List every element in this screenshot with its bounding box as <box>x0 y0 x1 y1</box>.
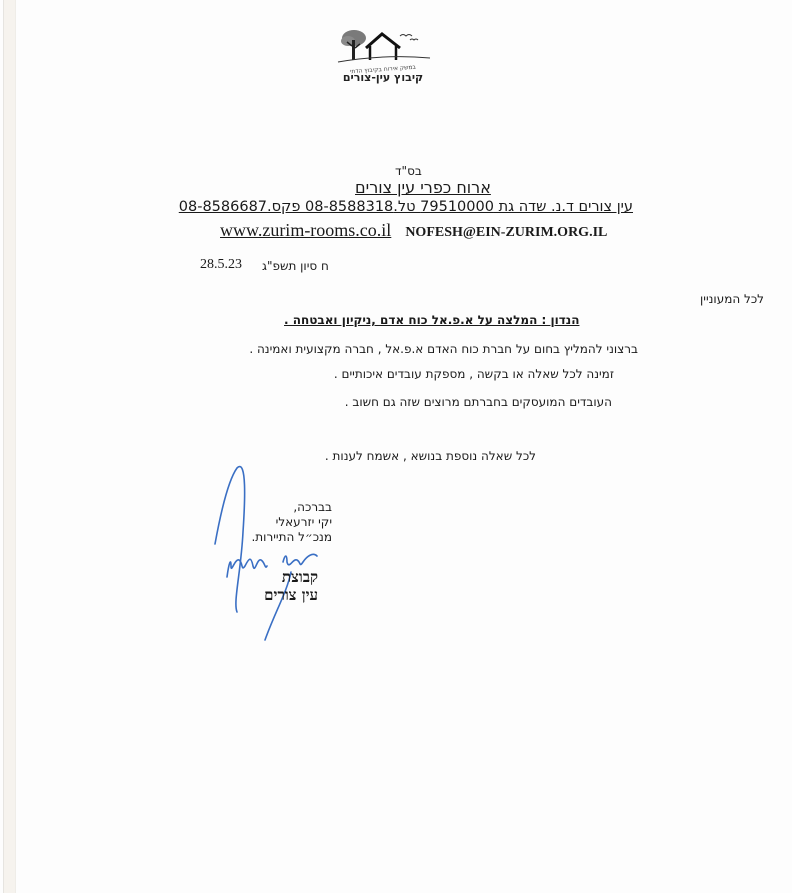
organization-stamp: קבוצת עין צורים <box>238 568 318 604</box>
bsd-mark: בס"ד <box>395 164 422 178</box>
scan-edge <box>3 0 16 893</box>
email-link[interactable]: NOFESH@EIN-ZURIM.ORG.IL <box>405 225 607 240</box>
logo: במשק אירוח בקיבוץ הדתי קיבוץ עין-צורים <box>334 26 434 84</box>
contact-line: www.zurim-rooms.co.il NOFESH@EIN-ZURIM.O… <box>220 220 607 241</box>
body-line: זמינה לכל שאלה או בקשה , מספקת עובדים אי… <box>276 367 614 381</box>
stamp-line-1: קבוצת <box>238 568 318 586</box>
body-line: ברצוני להמליץ בחום על חברת כוח האדם א.פ.… <box>222 342 638 356</box>
handwritten-signature-icon <box>205 462 335 647</box>
business-title: ארוח כפרי עין צורים <box>355 178 491 197</box>
website-link[interactable]: www.zurim-rooms.co.il <box>220 220 391 240</box>
date-hebrew: ח סיון תשפ"ג <box>262 259 329 273</box>
address-line: עין צורים ד.נ. שדה גת 79510000 טל.08-858… <box>210 199 633 215</box>
body-line: העובדים המועסקים בחברתם מרוצים שזה גם חש… <box>284 395 612 409</box>
salutation: לכל המעוניין <box>700 292 764 306</box>
date-gregorian: 28.5.23 <box>200 257 242 273</box>
subject-line: הנדון : המלצה על א.פ.אל כוח אדם ,ניקיון … <box>284 313 579 327</box>
tree-house-logo-icon <box>334 26 434 68</box>
stamp-line-2: עין צורים <box>238 586 318 604</box>
logo-name: קיבוץ עין-צורים <box>334 71 432 84</box>
body-line: לכל שאלה נוספת בנושא , אשמח לענות . <box>310 449 536 463</box>
